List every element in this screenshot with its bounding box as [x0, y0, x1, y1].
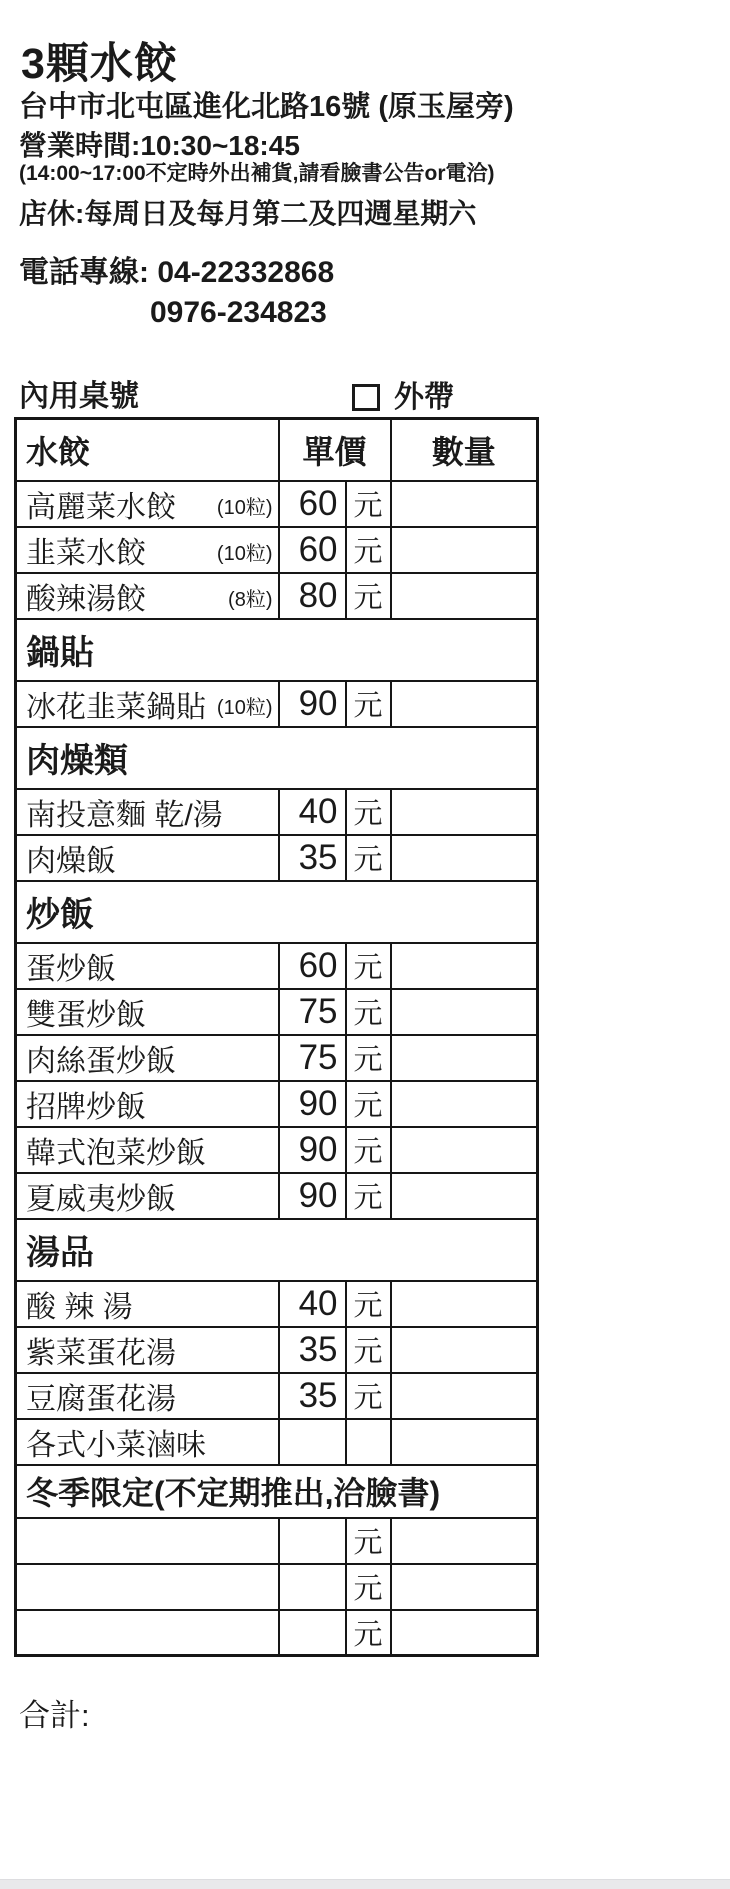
currency-unit-cell: 元 — [346, 1564, 391, 1610]
currency-unit-cell: 元 — [346, 1327, 391, 1373]
unit-price-cell: 60 — [279, 943, 346, 989]
item-name: 各式小菜滷味 — [26, 1420, 206, 1464]
item-name-cell: 肉燥飯 — [16, 835, 279, 881]
unit-price-cell: 90 — [279, 1081, 346, 1127]
section-header-row: 炒飯 — [16, 881, 538, 943]
quantity-cell[interactable] — [391, 573, 538, 619]
item-name-cell[interactable] — [16, 1518, 279, 1564]
unit-price-cell: 35 — [279, 1327, 346, 1373]
quantity-cell[interactable] — [391, 1173, 538, 1219]
item-name-cell[interactable] — [16, 1610, 279, 1656]
section-label: 鍋貼 — [16, 619, 538, 681]
section-label: 肉燥類 — [16, 727, 538, 789]
item-name-cell: 冰花韭菜鍋貼(10粒) — [16, 681, 279, 727]
item-name-cell: 豆腐蛋花湯 — [16, 1373, 279, 1419]
menu-item-row: 紫菜蛋花湯35元 — [16, 1327, 538, 1373]
menu-item-row: 韭菜水餃(10粒)60元 — [16, 527, 538, 573]
currency-unit-cell: 元 — [346, 1127, 391, 1173]
column-header-item: 水餃 — [16, 419, 279, 481]
quantity-cell[interactable] — [391, 835, 538, 881]
section-header-row: 鍋貼 — [16, 619, 538, 681]
currency-unit-cell: 元 — [346, 527, 391, 573]
item-name-cell: 各式小菜滷味 — [16, 1419, 279, 1465]
menu-item-row: 肉燥飯35元 — [16, 835, 538, 881]
menu-item-row: 南投意麵 乾/湯40元 — [16, 789, 538, 835]
currency-unit-cell: 元 — [346, 1173, 391, 1219]
unit-price-cell: 75 — [279, 989, 346, 1035]
item-name-cell: 夏威夷炒飯 — [16, 1173, 279, 1219]
item-name: 夏威夷炒飯 — [26, 1174, 176, 1218]
column-header-quantity: 數量 — [391, 419, 538, 481]
quantity-cell[interactable] — [391, 1419, 538, 1465]
menu-item-row: 各式小菜滷味 — [16, 1419, 538, 1465]
restock-note: (14:00~17:00不定時外出補貨,請看臉書公告or電洽) — [19, 157, 495, 187]
section-label: 湯品 — [16, 1219, 538, 1281]
item-name-cell: 蛋炒飯 — [16, 943, 279, 989]
currency-unit-cell: 元 — [346, 989, 391, 1035]
quantity-cell[interactable] — [391, 1610, 538, 1656]
currency-unit-cell: 元 — [346, 1518, 391, 1564]
currency-unit-cell: 元 — [346, 1610, 391, 1656]
section-header-row: 肉燥類 — [16, 727, 538, 789]
menu-item-row: 酸辣湯餃(8粒)80元 — [16, 573, 538, 619]
item-name: 蛋炒飯 — [26, 944, 116, 988]
quantity-cell[interactable] — [391, 789, 538, 835]
item-name-cell: 肉絲蛋炒飯 — [16, 1035, 279, 1081]
menu-item-row: 韓式泡菜炒飯90元 — [16, 1127, 538, 1173]
unit-price-cell: 35 — [279, 1373, 346, 1419]
dine-in-table-number-label[interactable]: 內用桌號 — [19, 371, 139, 415]
page-bottom-bar — [0, 1879, 730, 1889]
menu-item-row: 酸 辣 湯40元 — [16, 1281, 538, 1327]
unit-price-cell[interactable] — [279, 1419, 346, 1465]
item-name: 韓式泡菜炒飯 — [26, 1128, 206, 1172]
quantity-cell[interactable] — [391, 1035, 538, 1081]
quantity-cell[interactable] — [391, 989, 538, 1035]
menu-item-row: 冰花韭菜鍋貼(10粒)90元 — [16, 681, 538, 727]
quantity-cell[interactable] — [391, 527, 538, 573]
quantity-cell[interactable] — [391, 1564, 538, 1610]
phone-line-2: 0976-234823 — [150, 296, 327, 330]
portion-note: (10粒) — [217, 687, 273, 720]
quantity-cell[interactable] — [391, 1281, 538, 1327]
currency-unit-cell: 元 — [346, 681, 391, 727]
unit-price-cell: 90 — [279, 681, 346, 727]
closed-days: 店休:每周日及每月第二及四週星期六 — [19, 192, 476, 232]
section-label: 冬季限定(不定期推出,洽臉書) — [16, 1465, 538, 1518]
quantity-cell[interactable] — [391, 943, 538, 989]
item-name-cell: 韭菜水餃(10粒) — [16, 527, 279, 573]
unit-price-cell: 75 — [279, 1035, 346, 1081]
quantity-cell[interactable] — [391, 1127, 538, 1173]
currency-unit-cell: 元 — [346, 573, 391, 619]
item-name: 南投意麵 乾/湯 — [26, 790, 223, 834]
item-name: 酸辣湯餃 — [26, 574, 146, 618]
shop-title: 3顆水餃 — [21, 30, 178, 91]
phone-line-1: 電話專線: 04-22332868 — [19, 247, 334, 291]
menu-item-row: 元 — [16, 1564, 538, 1610]
order-form-page: 3顆水餃 台中市北屯區進化北路16號 (原玉屋旁) 營業時間:10:30~18:… — [0, 0, 730, 1889]
menu-item-row: 豆腐蛋花湯35元 — [16, 1373, 538, 1419]
takeout-label: 外帶 — [394, 372, 454, 416]
quantity-cell[interactable] — [391, 1081, 538, 1127]
item-name-cell: 招牌炒飯 — [16, 1081, 279, 1127]
section-header-row: 冬季限定(不定期推出,洽臉書) — [16, 1465, 538, 1518]
unit-price-cell: 60 — [279, 481, 346, 527]
currency-unit-cell: 元 — [346, 1081, 391, 1127]
item-name-cell: 高麗菜水餃(10粒) — [16, 481, 279, 527]
item-name: 冰花韭菜鍋貼 — [26, 682, 206, 726]
item-name: 紫菜蛋花湯 — [26, 1328, 176, 1372]
unit-price-cell: 35 — [279, 835, 346, 881]
quantity-cell[interactable] — [391, 681, 538, 727]
total-label: 合計: — [19, 1690, 90, 1735]
quantity-cell[interactable] — [391, 1327, 538, 1373]
menu-item-row: 招牌炒飯90元 — [16, 1081, 538, 1127]
currency-unit-cell: 元 — [346, 943, 391, 989]
currency-unit-cell: 元 — [346, 1281, 391, 1327]
item-name: 招牌炒飯 — [26, 1082, 146, 1126]
quantity-cell[interactable] — [391, 481, 538, 527]
item-name: 雙蛋炒飯 — [26, 990, 146, 1034]
portion-note: (10粒) — [217, 533, 273, 566]
section-header-row: 湯品 — [16, 1219, 538, 1281]
menu-item-row: 雙蛋炒飯75元 — [16, 989, 538, 1035]
unit-price-cell[interactable] — [279, 1564, 346, 1610]
menu-item-row: 夏威夷炒飯90元 — [16, 1173, 538, 1219]
unit-price-cell: 40 — [279, 789, 346, 835]
currency-unit-cell: 元 — [346, 835, 391, 881]
currency-unit-cell — [346, 1419, 391, 1465]
item-name: 豆腐蛋花湯 — [26, 1374, 176, 1418]
item-name-cell: 酸 辣 湯 — [16, 1281, 279, 1327]
unit-price-cell: 80 — [279, 573, 346, 619]
table-header-row: 水餃 單價 數量 — [16, 419, 538, 481]
portion-note: (8粒) — [228, 579, 272, 612]
takeout-checkbox[interactable] — [352, 384, 380, 411]
item-name: 肉絲蛋炒飯 — [26, 1036, 176, 1080]
item-name-cell: 酸辣湯餃(8粒) — [16, 573, 279, 619]
menu-table-body: 水餃 單價 數量 高麗菜水餃(10粒)60元韭菜水餃(10粒)60元酸辣湯餃(8… — [16, 419, 538, 1656]
item-name-cell[interactable] — [16, 1564, 279, 1610]
column-header-unit-price: 單價 — [279, 419, 391, 481]
currency-unit-cell: 元 — [346, 1035, 391, 1081]
menu-item-row: 高麗菜水餃(10粒)60元 — [16, 481, 538, 527]
menu-item-row: 肉絲蛋炒飯75元 — [16, 1035, 538, 1081]
item-name-cell: 紫菜蛋花湯 — [16, 1327, 279, 1373]
currency-unit-cell: 元 — [346, 481, 391, 527]
item-name-cell: 韓式泡菜炒飯 — [16, 1127, 279, 1173]
menu-item-row: 元 — [16, 1610, 538, 1656]
item-name: 高麗菜水餃 — [26, 482, 176, 526]
unit-price-cell[interactable] — [279, 1610, 346, 1656]
quantity-cell[interactable] — [391, 1373, 538, 1419]
portion-note: (10粒) — [217, 487, 273, 520]
unit-price-cell: 90 — [279, 1173, 346, 1219]
currency-unit-cell: 元 — [346, 789, 391, 835]
section-label: 炒飯 — [16, 881, 538, 943]
item-name-cell: 南投意麵 乾/湯 — [16, 789, 279, 835]
item-name: 酸 辣 湯 — [26, 1282, 133, 1326]
menu-order-table: 水餃 單價 數量 高麗菜水餃(10粒)60元韭菜水餃(10粒)60元酸辣湯餃(8… — [14, 417, 539, 1657]
unit-price-cell: 40 — [279, 1281, 346, 1327]
unit-price-cell: 60 — [279, 527, 346, 573]
unit-price-cell[interactable] — [279, 1518, 346, 1564]
item-name-cell: 雙蛋炒飯 — [16, 989, 279, 1035]
menu-item-row: 蛋炒飯60元 — [16, 943, 538, 989]
menu-item-row: 元 — [16, 1518, 538, 1564]
shop-address: 台中市北屯區進化北路16號 (原玉屋旁) — [19, 84, 514, 125]
quantity-cell[interactable] — [391, 1518, 538, 1564]
item-name: 韭菜水餃 — [26, 528, 146, 572]
currency-unit-cell: 元 — [346, 1373, 391, 1419]
item-name: 肉燥飯 — [26, 836, 116, 880]
unit-price-cell: 90 — [279, 1127, 346, 1173]
